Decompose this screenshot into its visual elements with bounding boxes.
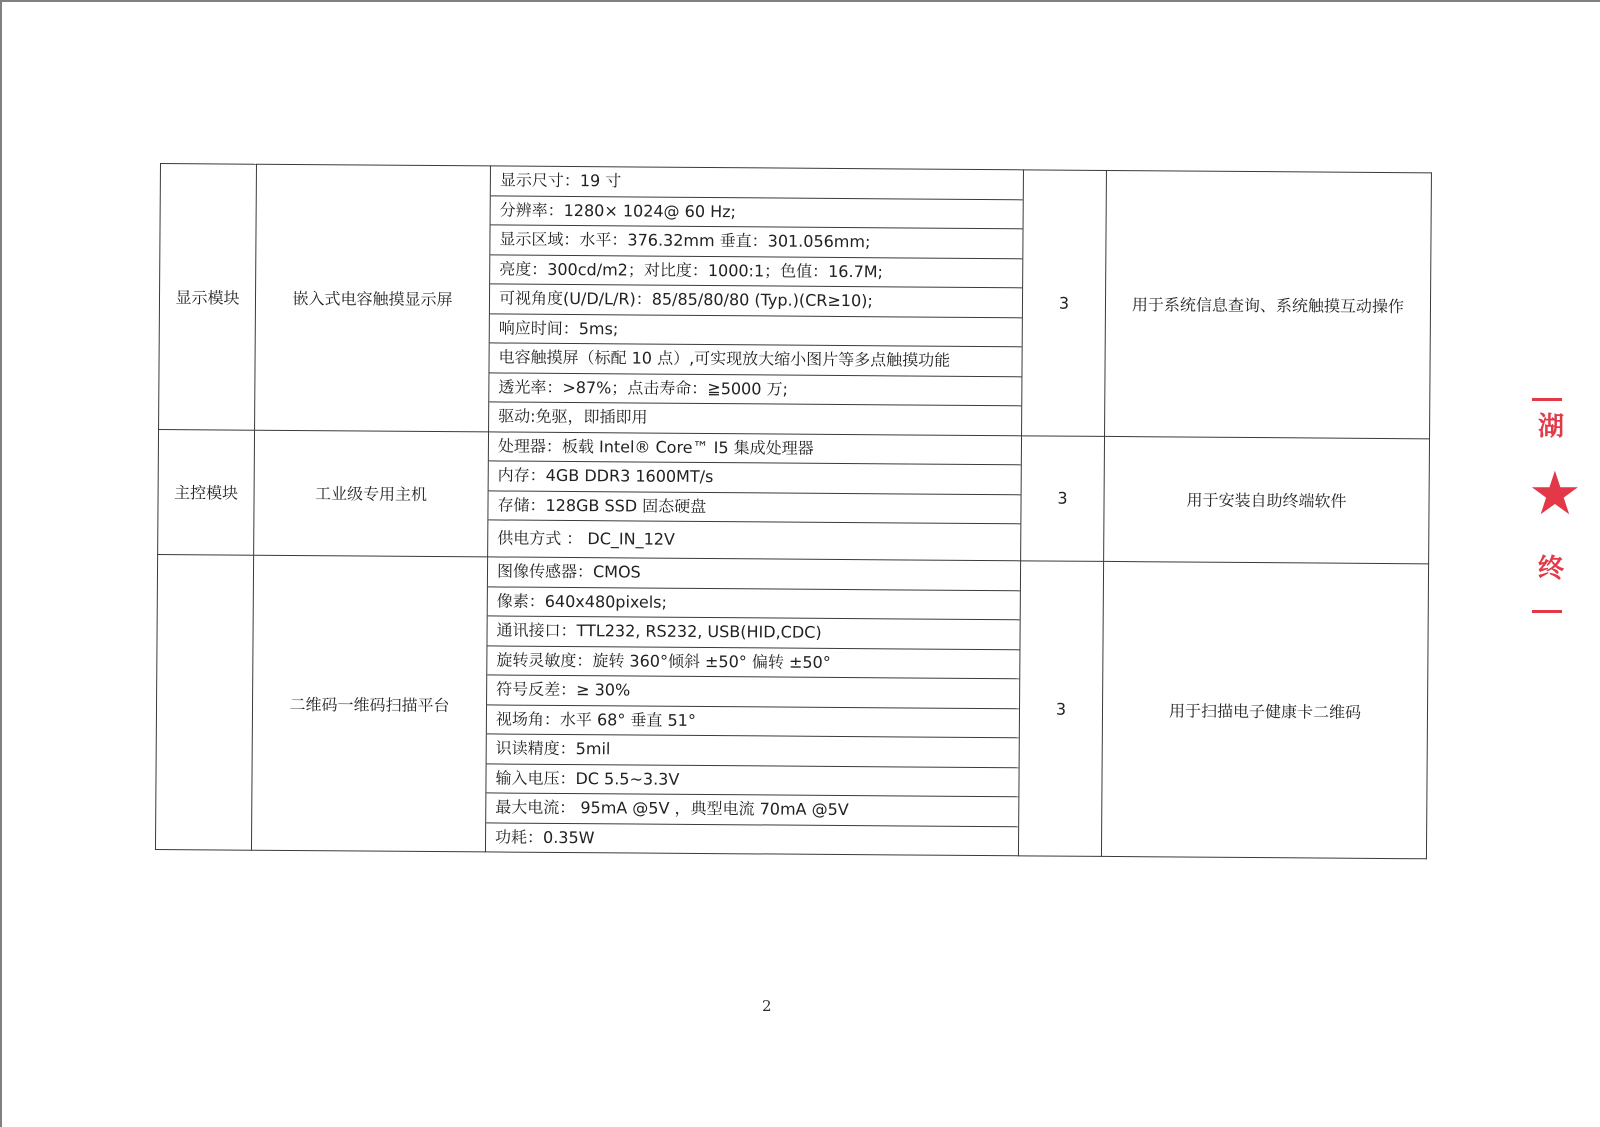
module-cell: 主控模块 bbox=[158, 429, 255, 555]
spec-line: 旋转灵敏度：旋转 360°倾斜 ±50° 偏转 ±50° bbox=[487, 646, 1019, 679]
spec-list-cell: 处理器：板载 Intel® Core™ I5 集成处理器 内存：4GB DDR3… bbox=[488, 431, 1022, 560]
module-label: 显示模块 bbox=[175, 288, 239, 307]
seal-bar-bottom bbox=[1532, 610, 1562, 613]
spec-line: 电容触摸屏（标配 10 点）,可实现放大缩小图片等多点触摸功能 bbox=[489, 343, 1021, 376]
spec-line: 显示尺寸：19 寸 bbox=[491, 166, 1023, 199]
spec-line: 识读精度：5mil bbox=[487, 734, 1019, 767]
spec-line: 像素：640x480pixels; bbox=[488, 587, 1020, 620]
spec-line: 视场角：水平 68° 垂直 51° bbox=[487, 705, 1019, 738]
product-name: 工业级专用主机 bbox=[315, 484, 427, 504]
product-name-cell: 工业级专用主机 bbox=[254, 430, 489, 557]
quantity-cell: 3 bbox=[1021, 435, 1105, 561]
purpose-cell: 用于系统信息查询、系统触摸互动操作 bbox=[1105, 170, 1432, 438]
spec-line: 存储：128GB SSD 固态硬盘 bbox=[488, 491, 1020, 524]
purpose-cell: 用于安装自助终端软件 bbox=[1104, 436, 1430, 564]
quantity-value: 3 bbox=[1059, 293, 1069, 312]
spec-line: 输入电压：DC 5.5~3.3V bbox=[486, 764, 1018, 797]
red-seal-stamp: 湖 ★ 终 bbox=[1528, 398, 1562, 616]
spec-line: 图像传感器：CMOS bbox=[488, 557, 1020, 590]
spec-line: 可视角度(U/D/L/R)：85/85/80/80 (Typ.)(CR≥10); bbox=[490, 284, 1022, 317]
purpose-text: 用于扫描电子健康卡二维码 bbox=[1169, 701, 1361, 721]
seal-char: 终 bbox=[1538, 548, 1564, 585]
quantity-cell: 3 bbox=[1018, 561, 1103, 857]
table-row-display-module: 显示模块 嵌入式电容触摸显示屏 显示尺寸：19 寸 分辨率：1280× 1024… bbox=[159, 164, 1432, 439]
spec-line: 处理器：板载 Intel® Core™ I5 集成处理器 bbox=[489, 432, 1021, 465]
spec-line: 亮度：300cd/m2；对比度：1000:1；色值：16.7M; bbox=[490, 255, 1022, 288]
quantity-cell: 3 bbox=[1022, 170, 1107, 436]
spec-table-container: 显示模块 嵌入式电容触摸显示屏 显示尺寸：19 寸 分辨率：1280× 1024… bbox=[155, 163, 1432, 859]
spec-line: 供电方式 ： DC_IN_12V bbox=[488, 520, 1020, 560]
page-number: 2 bbox=[762, 997, 772, 1015]
module-cell bbox=[155, 554, 253, 850]
module-cell: 显示模块 bbox=[159, 164, 257, 430]
quantity-value: 3 bbox=[1057, 489, 1067, 508]
star-icon: ★ bbox=[1528, 464, 1582, 524]
module-label: 主控模块 bbox=[174, 483, 238, 502]
seal-char: 湖 bbox=[1538, 406, 1564, 443]
product-name-cell: 二维码一维码扫描平台 bbox=[251, 555, 487, 852]
product-name: 二维码一维码扫描平台 bbox=[289, 694, 449, 714]
spec-line: 透光率：>87%；点击寿命：≧5000 万; bbox=[489, 373, 1021, 406]
spec-line: 符号反差：≥ 30% bbox=[487, 675, 1019, 708]
spec-line: 驱动:免驱，即插即用 bbox=[489, 402, 1021, 434]
spec-line: 内存：4GB DDR3 1600MT/s bbox=[489, 461, 1021, 494]
spec-line: 响应时间：5ms; bbox=[490, 314, 1022, 347]
purpose-text: 用于安装自助终端软件 bbox=[1186, 491, 1346, 511]
quantity-value: 3 bbox=[1056, 699, 1066, 718]
spec-table: 显示模块 嵌入式电容触摸显示屏 显示尺寸：19 寸 分辨率：1280× 1024… bbox=[155, 163, 1432, 859]
purpose-cell: 用于扫描电子健康卡二维码 bbox=[1101, 561, 1428, 858]
seal-bar-top bbox=[1532, 398, 1562, 401]
product-name: 嵌入式电容触摸显示屏 bbox=[292, 289, 452, 309]
spec-line: 显示区域：水平：376.32mm 垂直：301.056mm; bbox=[490, 225, 1022, 258]
spec-line: 功耗：0.35W bbox=[486, 823, 1018, 855]
spec-list-cell: 图像传感器：CMOS 像素：640x480pixels; 通讯接口：TTL232… bbox=[485, 557, 1020, 856]
spec-line: 最大电流： 95mA @5V ，典型电流 70mA @5V bbox=[486, 793, 1018, 826]
product-name-cell: 嵌入式电容触摸显示屏 bbox=[255, 164, 491, 431]
purpose-text: 用于系统信息查询、系统触摸互动操作 bbox=[1132, 295, 1404, 316]
spec-list-cell: 显示尺寸：19 寸 分辨率：1280× 1024@ 60 Hz; 显示区域：水平… bbox=[489, 166, 1024, 435]
table-row-main-control-module: 主控模块 工业级专用主机 处理器：板载 Intel® Core™ I5 集成处理… bbox=[158, 429, 1430, 564]
spec-line: 通讯接口：TTL232, RS232, USB(HID,CDC) bbox=[487, 616, 1019, 649]
table-row-scanner-platform: 二维码一维码扫描平台 图像传感器：CMOS 像素：640x480pixels; … bbox=[155, 554, 1428, 858]
spec-line: 分辨率：1280× 1024@ 60 Hz; bbox=[491, 196, 1023, 229]
